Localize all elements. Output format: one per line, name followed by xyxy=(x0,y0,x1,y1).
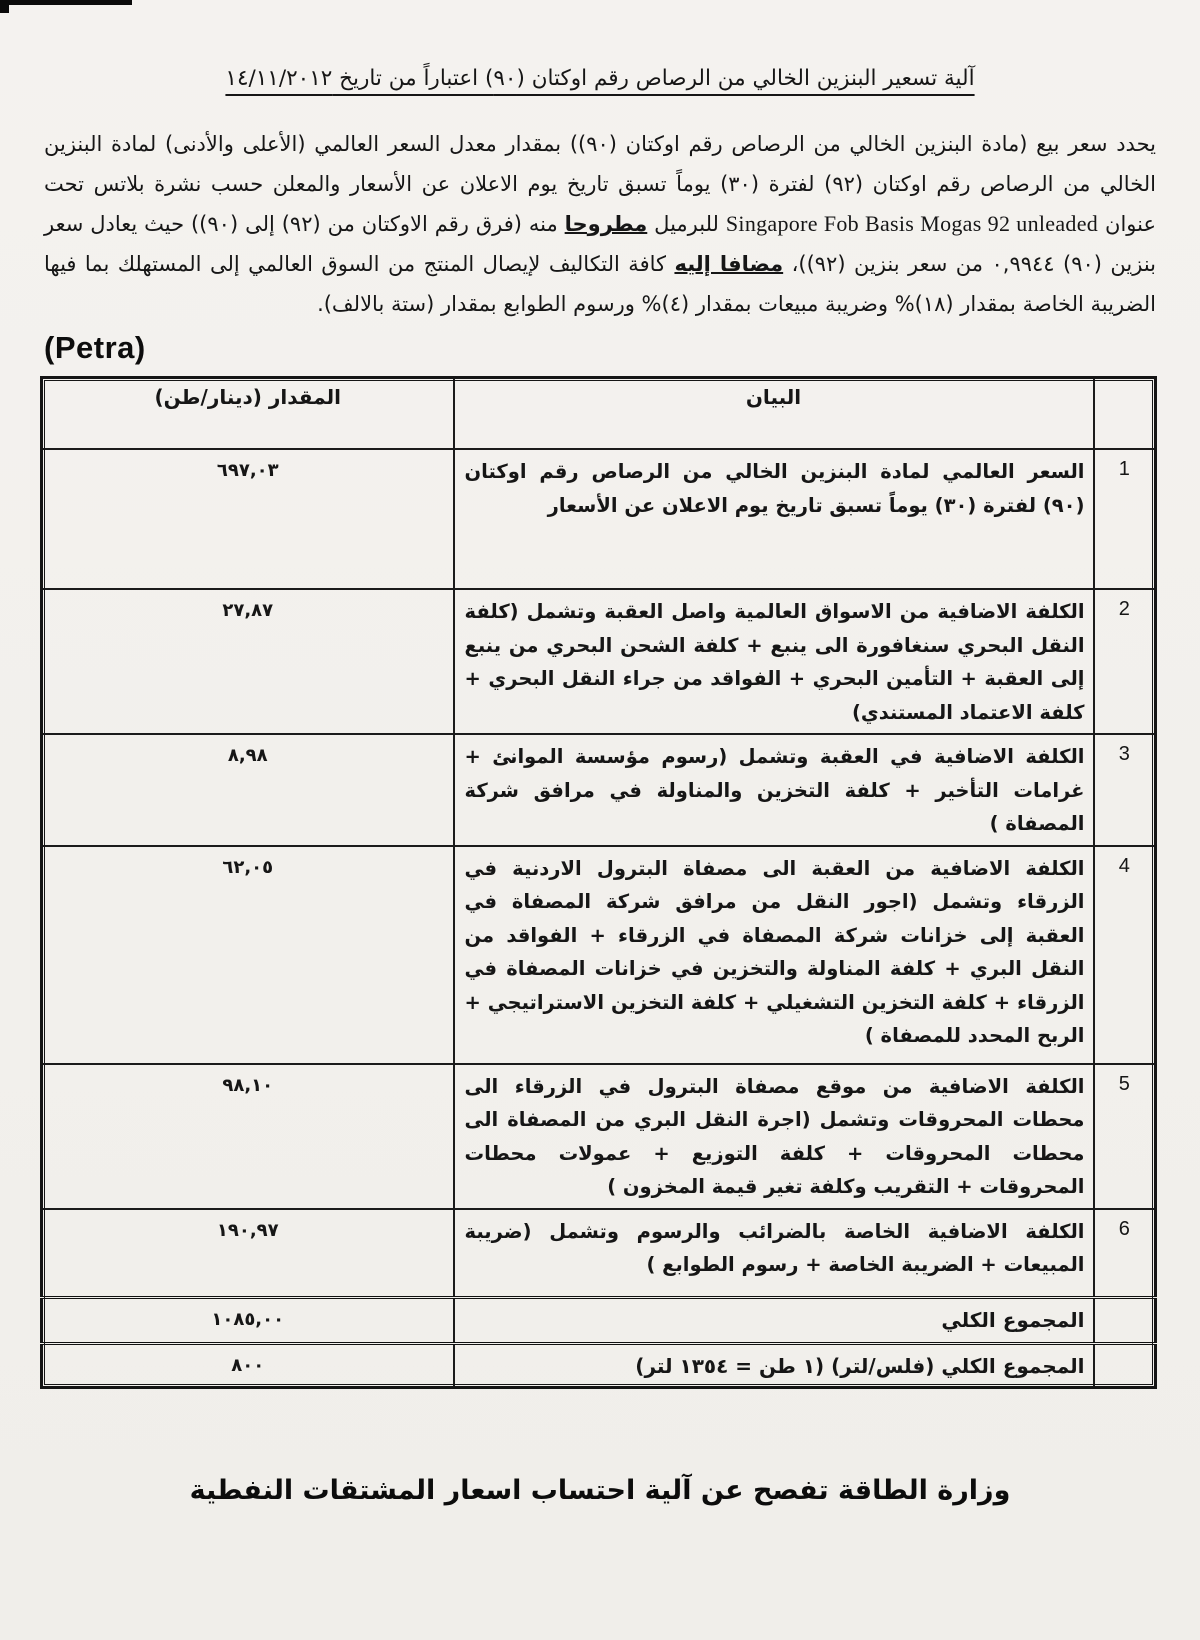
row-number-cell xyxy=(1094,1298,1156,1344)
intro-segment: مضافا إليه xyxy=(674,252,783,276)
table-row: 4الكلفة الاضافية من العقبة الى مصفاة الب… xyxy=(42,846,1156,1064)
table-row: 5الكلفة الاضافية من موقع مصفاة البترول ف… xyxy=(42,1064,1156,1209)
row-amount-cell: ٨٠٠ xyxy=(42,1344,454,1388)
row-amount-cell: ٢٧,٨٧ xyxy=(42,589,454,734)
row-amount-cell: ١٩٠,٩٧ xyxy=(42,1209,454,1298)
row-description-cell: المجموع الكلي (فلس/لتر) (١ طن = ١٣٥٤ لتر… xyxy=(454,1344,1094,1388)
row-number-cell xyxy=(1094,1344,1156,1388)
row-amount-cell: ٦٩٧,٠٣ xyxy=(42,449,454,589)
row-amount-cell: ٦٢,٠٥ xyxy=(42,846,454,1064)
total-row: المجموع الكلي١٠٨٥,٠٠ xyxy=(42,1298,1156,1344)
row-amount-cell: ٩٨,١٠ xyxy=(42,1064,454,1209)
row-number-cell: 6 xyxy=(1094,1209,1156,1298)
row-description-cell: السعر العالمي لمادة البنزين الخالي من ال… xyxy=(454,449,1094,589)
row-description-cell: الكلفة الاضافية في العقبة وتشمل (رسوم مؤ… xyxy=(454,734,1094,846)
table-row: 3الكلفة الاضافية في العقبة وتشمل (رسوم م… xyxy=(42,734,1156,846)
row-description-cell: المجموع الكلي xyxy=(454,1298,1094,1344)
footer-caption: وزارة الطاقة تفصح عن آلية احتساب اسعار ا… xyxy=(0,1475,1200,1506)
row-number-cell: 4 xyxy=(1094,846,1156,1064)
row-amount-cell: ١٠٨٥,٠٠ xyxy=(42,1298,454,1344)
scan-artifact-corner xyxy=(0,0,9,13)
scan-artifact-top-edge xyxy=(0,0,132,5)
table-row: 6الكلفة الاضافية الخاصة بالضرائب والرسوم… xyxy=(42,1209,1156,1298)
table-row: 1السعر العالمي لمادة البنزين الخالي من ا… xyxy=(42,449,1156,589)
header-description: البيان xyxy=(454,378,1094,450)
intro-paragraph: يحدد سعر بيع (مادة البنزين الخالي من الر… xyxy=(44,124,1156,324)
row-description-cell: الكلفة الاضافية من موقع مصفاة البترول في… xyxy=(454,1064,1094,1209)
row-description-cell: الكلفة الاضافية من الاسواق العالمية واصل… xyxy=(454,589,1094,734)
row-description-cell: الكلفة الاضافية الخاصة بالضرائب والرسوم … xyxy=(454,1209,1094,1298)
row-number-cell: 3 xyxy=(1094,734,1156,846)
table-header: البيان المقدار (دينار/طن) xyxy=(42,378,1156,450)
intro-segment: مطروحا xyxy=(565,212,648,236)
header-amount: المقدار (دينار/طن) xyxy=(42,378,454,450)
row-amount-cell: ٨,٩٨ xyxy=(42,734,454,846)
total-row: المجموع الكلي (فلس/لتر) (١ طن = ١٣٥٤ لتر… xyxy=(42,1344,1156,1388)
petra-label: (Petra) xyxy=(44,330,1200,366)
row-number-cell: 2 xyxy=(1094,589,1156,734)
pricing-table: البيان المقدار (دينار/طن) 1السعر العالمي… xyxy=(40,376,1157,1389)
intro-segment: للبرميل xyxy=(647,212,726,236)
row-description-cell: الكلفة الاضافية من العقبة الى مصفاة البت… xyxy=(454,846,1094,1064)
intro-latin-segment: Singapore Fob Basis Mogas 92 unleaded xyxy=(726,211,1098,236)
table-header-row: البيان المقدار (دينار/طن) xyxy=(42,378,1156,450)
document-title: آلية تسعير البنزين الخالي من الرصاص رقم … xyxy=(48,56,1152,102)
table-row: 2الكلفة الاضافية من الاسواق العالمية واص… xyxy=(42,589,1156,734)
row-number-cell: 5 xyxy=(1094,1064,1156,1209)
table-body: 1السعر العالمي لمادة البنزين الخالي من ا… xyxy=(42,449,1156,1388)
row-number-cell: 1 xyxy=(1094,449,1156,589)
document-page: آلية تسعير البنزين الخالي من الرصاص رقم … xyxy=(0,0,1200,1640)
header-number-cell xyxy=(1094,378,1156,450)
